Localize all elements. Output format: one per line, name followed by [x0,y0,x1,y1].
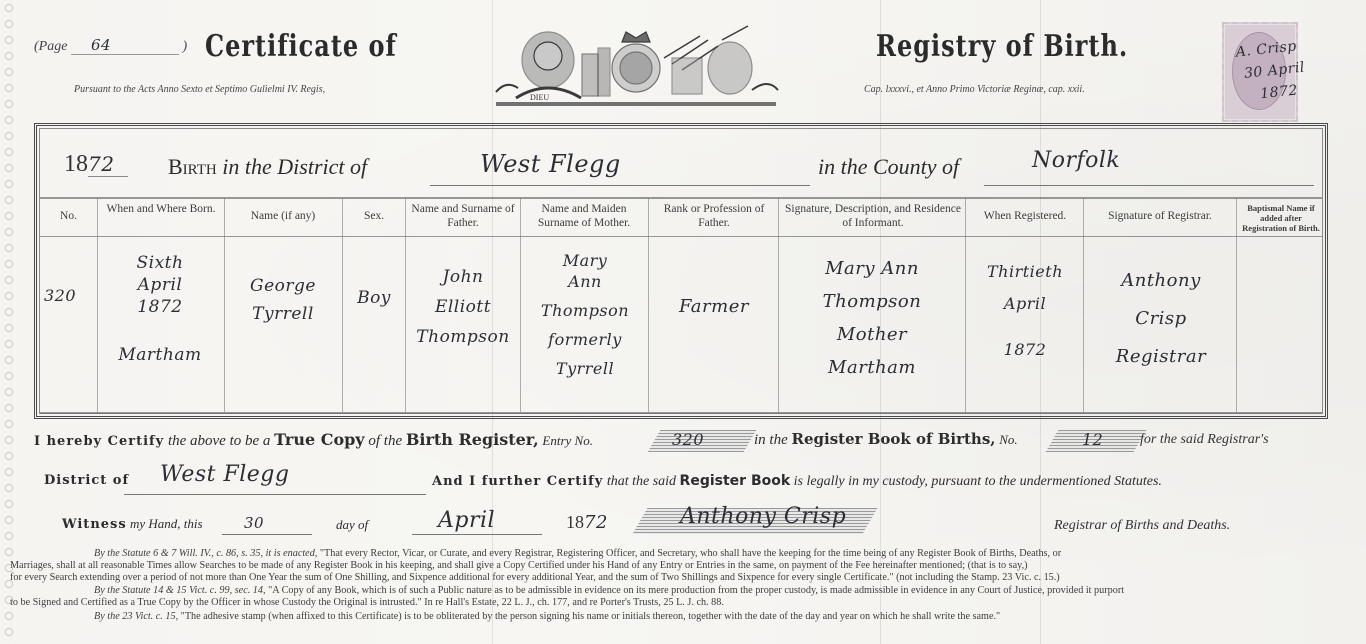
cert-text: that the said [607,474,676,489]
subtitle-right: Cap. lxxxvi., et Anno Primo Victoriæ Reg… [864,84,1085,95]
cert-text: of the [368,433,402,449]
statute-1-lead: By the Statute 6 & 7 Will. IV., c. 86, s… [94,548,317,559]
statute-1-cont-2: for every Search extending over a period… [10,572,1300,585]
entry-father: John Elliott Thompson [406,262,520,352]
county-underline [984,185,1314,186]
column-divider [778,198,779,412]
cert-district-value: West Flegg [160,462,289,487]
true-copy-label: True Copy [274,430,364,449]
district-value: West Flegg [480,150,621,178]
registrar-forename: Anthony [1086,262,1236,300]
father-surname: Thompson [406,322,520,352]
col-header-when-where: When and Where Born. [105,202,217,216]
certificate-paper: (Page 64 ) Certificate of Registry of Bi… [0,0,1366,644]
day-underline [222,534,312,535]
informant-surname: Thompson [780,285,964,318]
born-place: Martham [100,344,220,366]
entry-profession: Farmer [650,296,778,317]
informant-name: Mary Ann [780,252,964,285]
cert-text: the above to be a [168,433,270,449]
father-middle-name: Elliott [406,292,520,322]
cert-registrar-text: for the said Registrar's [1140,432,1269,448]
registered-year: 1872 [968,334,1082,366]
mother-maiden-surname: Tyrrell [522,354,648,383]
column-divider [1083,198,1084,412]
cert-text: is legally in my custody, pursuant to th… [794,474,1162,489]
district-label: in the District of [222,154,367,179]
certification-line-1b: in the Register Book of Births, No. [754,430,1018,449]
column-divider [1236,198,1237,412]
col-header-registered: When Registered. [968,209,1082,223]
hereby-certify: I hereby Certify [34,434,164,449]
witness-label: Witness [62,517,127,532]
statute-3-text: "The adhesive stamp (when affixed to thi… [181,611,1001,622]
mother-surname: Thompson [522,296,648,325]
child-middle-name: Tyrrell [226,300,340,328]
cert-district-underline [124,494,426,495]
born-month: April [100,274,220,296]
birth-register-label: Birth Register, [406,430,539,449]
statute-2-text: "A Copy of any Book, which is of such a … [268,585,1124,596]
registrar-title: Registrar of Births and Deaths. [1054,518,1230,534]
column-divider [224,198,225,412]
statute-3-lead: By the 23 Vict. c. 15, [94,611,178,622]
column-divider [97,198,98,412]
col-header-profession: Rank or Profession of Father. [652,202,776,230]
entry-when-where: Sixth April 1872 Martham [100,252,220,366]
mother-middle-name: Ann [522,267,648,296]
informant-residence: Martham [780,351,964,384]
registrar-surname: Crisp [1086,300,1236,338]
cert-year-prefix: 18 [566,512,584,532]
registered-month: April [968,288,1082,320]
month-underline [412,534,542,535]
col-header-registrar: Signature of Registrar. [1086,209,1234,223]
title-left: Certificate of [205,27,397,63]
cert-day: 30 [244,514,264,532]
entry-child-name: George Tyrrell [226,272,340,328]
table-bottom-rule [40,412,1322,414]
page-number: 64 [71,36,179,55]
informant-description: Mother [780,318,964,351]
cert-book-no: 12 [1082,430,1103,449]
cert-text: my Hand, this [130,516,203,531]
title-right: Registry of Birth. [876,27,1128,63]
entry-no-label: Entry No. [542,433,593,448]
statute-2-lead: By the Statute 14 & 15 Vict. c. 99, sec.… [94,585,266,596]
col-header-name: Name (if any) [228,209,338,223]
district-of-label: District of [44,473,129,488]
stamp-cancellation: A. Crisp 30 April 1872 [1235,35,1309,108]
statute-1: By the Statute 6 & 7 Will. IV., c. 86, s… [94,548,1304,561]
col-header-baptismal: Baptismal Name if added after Registrati… [1238,203,1324,233]
register-year: 1872 [64,151,128,178]
district-underline [430,185,810,186]
year-suffix: 72 [88,152,128,177]
entry-sex: Boy [344,288,404,308]
statute-3: By the 23 Vict. c. 15, "The adhesive sta… [94,611,1304,624]
column-divider [965,198,966,412]
father-forename: John [406,262,520,292]
page-reference: (Page 64 ) [34,36,187,55]
cert-month: April [438,508,495,533]
mother-formerly: formerly [522,325,648,354]
subtitle-left: Pursuant to the Acts Anno Sexto et Septi… [74,84,325,95]
col-header-no: No. [40,209,97,223]
cert-entry-no: 320 [672,430,704,449]
county-label: in the County of [818,154,959,180]
entry-registered: Thirtieth April 1872 [968,256,1082,366]
col-header-informant: Signature, Description, and Residence of… [784,202,962,230]
col-header-sex: Sex. [344,209,404,223]
entry-no: 320 [44,286,76,305]
col-header-father: Name and Surname of Father. [408,202,518,230]
royal-crest-icon: DIEU [486,18,786,110]
born-year: 1872 [100,296,220,318]
certification-line-2b: And I further Certify that the said Regi… [432,473,1162,490]
day-of-label: day of [336,517,368,533]
crest-motto: DIEU [530,93,549,102]
column-divider [342,198,343,412]
column-divider [520,198,521,412]
statute-1-text: "That every Rector, Vicar, or Curate, an… [320,548,1061,559]
page-label: (Page [34,39,67,54]
year-prefix: 18 [64,151,88,177]
register-book-label: Register Book of Births, [792,430,996,448]
certification-line-2: District of [44,473,129,489]
col-header-mother: Name and Maiden Surname of Mother. [522,202,646,230]
birth-label: Birth in the District of [168,154,367,180]
statute-2: By the Statute 14 & 15 Vict. c. 99, sec.… [94,585,1304,598]
page-close: ) [182,39,187,54]
cert-year: 1872 [566,512,608,533]
certification-line-3: Witness my Hand, this [62,516,203,532]
further-certify: And I further Certify [432,474,603,489]
birth-word: Birth [168,154,217,179]
entry-informant: Mary Ann Thompson Mother Martham [780,252,964,384]
certification-line-1: I hereby Certify the above to be a True … [34,430,593,450]
column-divider [648,198,649,412]
county-value: Norfolk [1032,148,1120,173]
registrar-title: Registrar [1086,338,1236,376]
entry-registrar: Anthony Crisp Registrar [1086,262,1236,376]
header-bottom-rule [40,236,1322,237]
register-book-label-2: Register Book [680,473,791,489]
registered-day: Thirtieth [968,256,1082,288]
cert-year-suffix: 72 [584,512,608,533]
registrar-signature: Anthony Crisp [680,504,846,529]
statute-1-cont-1: Marriages, shall at all reasonable Times… [10,560,1300,573]
header-top-rule [40,197,1322,199]
cert-text: in the [754,432,788,448]
statute-2-cont-1: to be Signed and Certified as a True Cop… [10,597,1300,610]
entry-mother: Mary Ann Thompson formerly Tyrrell [522,246,648,383]
book-no-label: No. [999,432,1017,447]
child-forename: George [226,272,340,300]
born-day: Sixth [100,252,220,274]
perforated-edge [0,0,18,644]
